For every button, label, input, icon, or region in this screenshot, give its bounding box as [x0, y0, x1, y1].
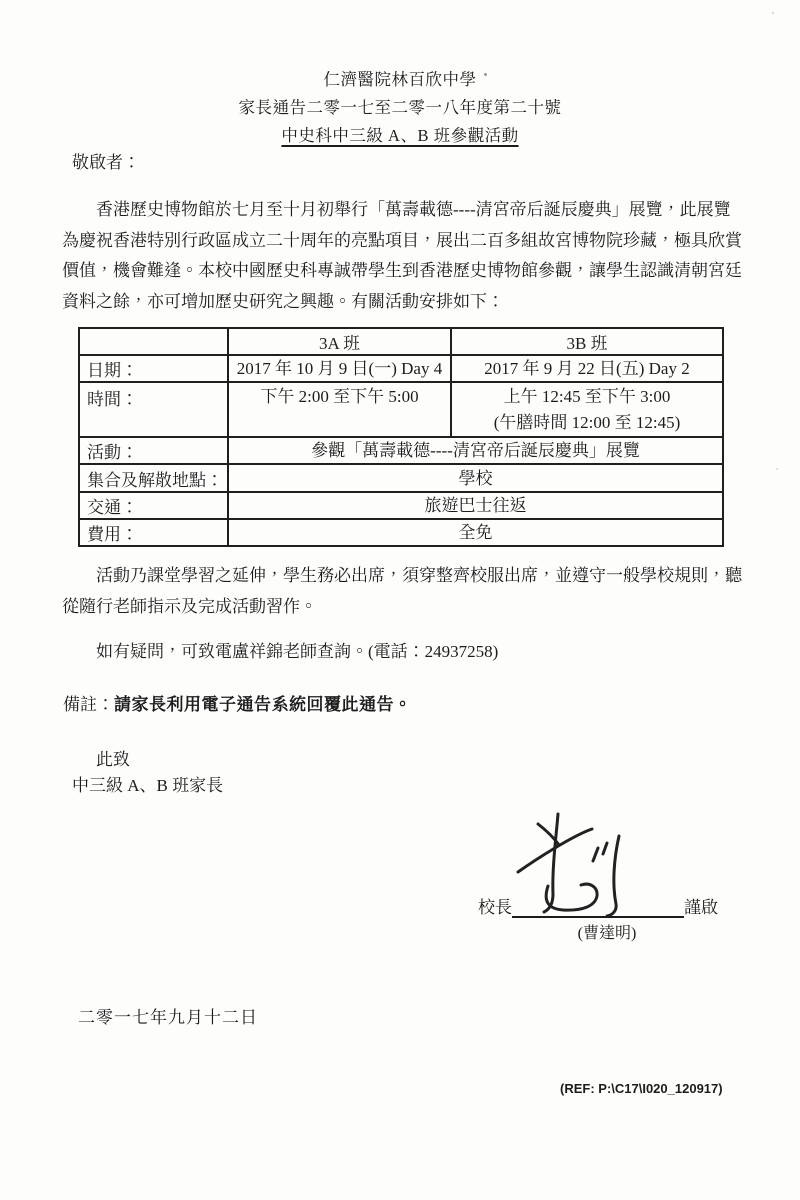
table-corner-cell — [79, 328, 228, 355]
row-label-time: 時間： — [79, 382, 228, 437]
table-row-transport: 交通： 旅遊巴士往返 — [79, 492, 723, 519]
document-reference: (REF: P:\C17\I020_120917) — [560, 1081, 720, 1096]
scan-speck — [776, 468, 778, 470]
salutation: 敬啟者： — [72, 148, 140, 173]
closing-recipient: 中三級 A、B 班家長 — [72, 771, 223, 796]
remark-text: 請家長利用電子通告系統回覆此通告。 — [114, 695, 412, 714]
remark-label: 備註： — [63, 695, 114, 714]
notice-title: 家長通告二零一七至二零一八年度第二十號 — [0, 94, 800, 122]
paragraph-line: 為慶祝香港特別行政區成立二十周年的亮點項目，展出二百多組故宮博物院珍藏，極具欣賞 — [62, 226, 752, 257]
paragraph-line: 香港歷史博物館於七月至十月初舉行「萬壽載德----清宮帝后誕辰慶典」展覽，此展覽 — [62, 195, 752, 226]
scan-speck — [772, 12, 774, 14]
time-3b-line2: (午膳時間 12:00 至 12:45) — [452, 410, 722, 436]
signature-row: 校長 謹啟 — [478, 893, 718, 918]
activity-value: 參觀「萬壽載德----清宮帝后誕辰慶典」展覽 — [228, 437, 723, 464]
respectful-close: 謹啟 — [684, 893, 718, 918]
table-row-date: 日期： 2017 年 10 月 9 日(一) Day 4 2017 年 9 月 … — [79, 355, 723, 382]
date-3a: 2017 年 10 月 9 日(一) Day 4 — [228, 355, 451, 382]
paragraph-line: 從隨行老師指示及完成活動習作。 — [62, 592, 752, 623]
table-header-class-3b: 3B 班 — [451, 328, 723, 355]
paragraph-line: 價值，機會難逢。本校中國歷史科專誠帶學生到香港歷史博物館參觀，讓學生認識清朝宮廷 — [62, 256, 752, 287]
time-3a: 下午 2:00 至下午 5:00 — [228, 382, 451, 437]
time-3b-line1: 上午 12:45 至下午 3:00 — [452, 384, 722, 410]
date-3b: 2017 年 9 月 22 日(五) Day 2 — [451, 355, 723, 382]
issue-date: 二零一七年九月十二日 — [78, 1003, 258, 1028]
rules-paragraph: 活動乃課堂學習之延伸，學生務必出席，須穿整齊校服出席，並遵守一般學校規則，聽 從… — [62, 561, 752, 622]
schedule-table: 3A 班 3B 班 日期： 2017 年 10 月 9 日(一) Day 4 2… — [78, 327, 724, 547]
paragraph-line: 資料之餘，亦可增加歷史研究之興趣。有關活動安排如下： — [62, 287, 752, 318]
fee-value: 全免 — [228, 519, 723, 546]
table-header-row: 3A 班 3B 班 — [79, 328, 723, 355]
principal-name: (曹達明) — [552, 920, 662, 943]
notice-subject: 中史科中三級 A、B 班參觀活動 — [0, 122, 800, 150]
row-label-activity: 活動： — [79, 437, 228, 464]
table-row-time: 時間： 下午 2:00 至下午 5:00 上午 12:45 至下午 3:00 (… — [79, 382, 723, 437]
intro-paragraph: 香港歷史博物館於七月至十月初舉行「萬壽載德----清宮帝后誕辰慶典」展覽，此展覽… — [62, 195, 752, 317]
principal-label: 校長 — [478, 893, 512, 918]
venue-value: 學校 — [228, 464, 723, 492]
paragraph-line: 活動乃課堂學習之延伸，學生務必出席，須穿整齊校服出席，並遵守一般學校規則，聽 — [62, 561, 752, 592]
time-3b: 上午 12:45 至下午 3:00 (午膳時間 12:00 至 12:45) — [451, 382, 723, 437]
enquiry-line: 如有疑問，可致電盧祥錦老師查詢。(電話：24937258) — [62, 637, 498, 662]
signature-underline — [512, 896, 684, 918]
row-label-date: 日期： — [79, 355, 228, 382]
table-header-class-3a: 3A 班 — [228, 328, 451, 355]
remark-line: 備註：請家長利用電子通告系統回覆此通告。 — [63, 690, 412, 715]
table-row-fee: 費用： 全免 — [79, 519, 723, 546]
table-row-venue: 集合及解散地點： 學校 — [79, 464, 723, 492]
transport-value: 旅遊巴士往返 — [228, 492, 723, 519]
table-row-activity: 活動： 參觀「萬壽載德----清宮帝后誕辰慶典」展覽 — [79, 437, 723, 464]
school-name: 仁濟醫院林百欣中學 — [0, 66, 800, 94]
row-label-fee: 費用： — [79, 519, 228, 546]
closing-salute: 此致 — [96, 745, 130, 770]
notice-header: 仁濟醫院林百欣中學 家長通告二零一七至二零一八年度第二十號 中史科中三級 A、B… — [0, 66, 800, 150]
row-label-venue: 集合及解散地點： — [79, 464, 228, 492]
row-label-transport: 交通： — [79, 492, 228, 519]
scanned-notice-page: 仁濟醫院林百欣中學 家長通告二零一七至二零一八年度第二十號 中史科中三級 A、B… — [0, 0, 800, 1200]
